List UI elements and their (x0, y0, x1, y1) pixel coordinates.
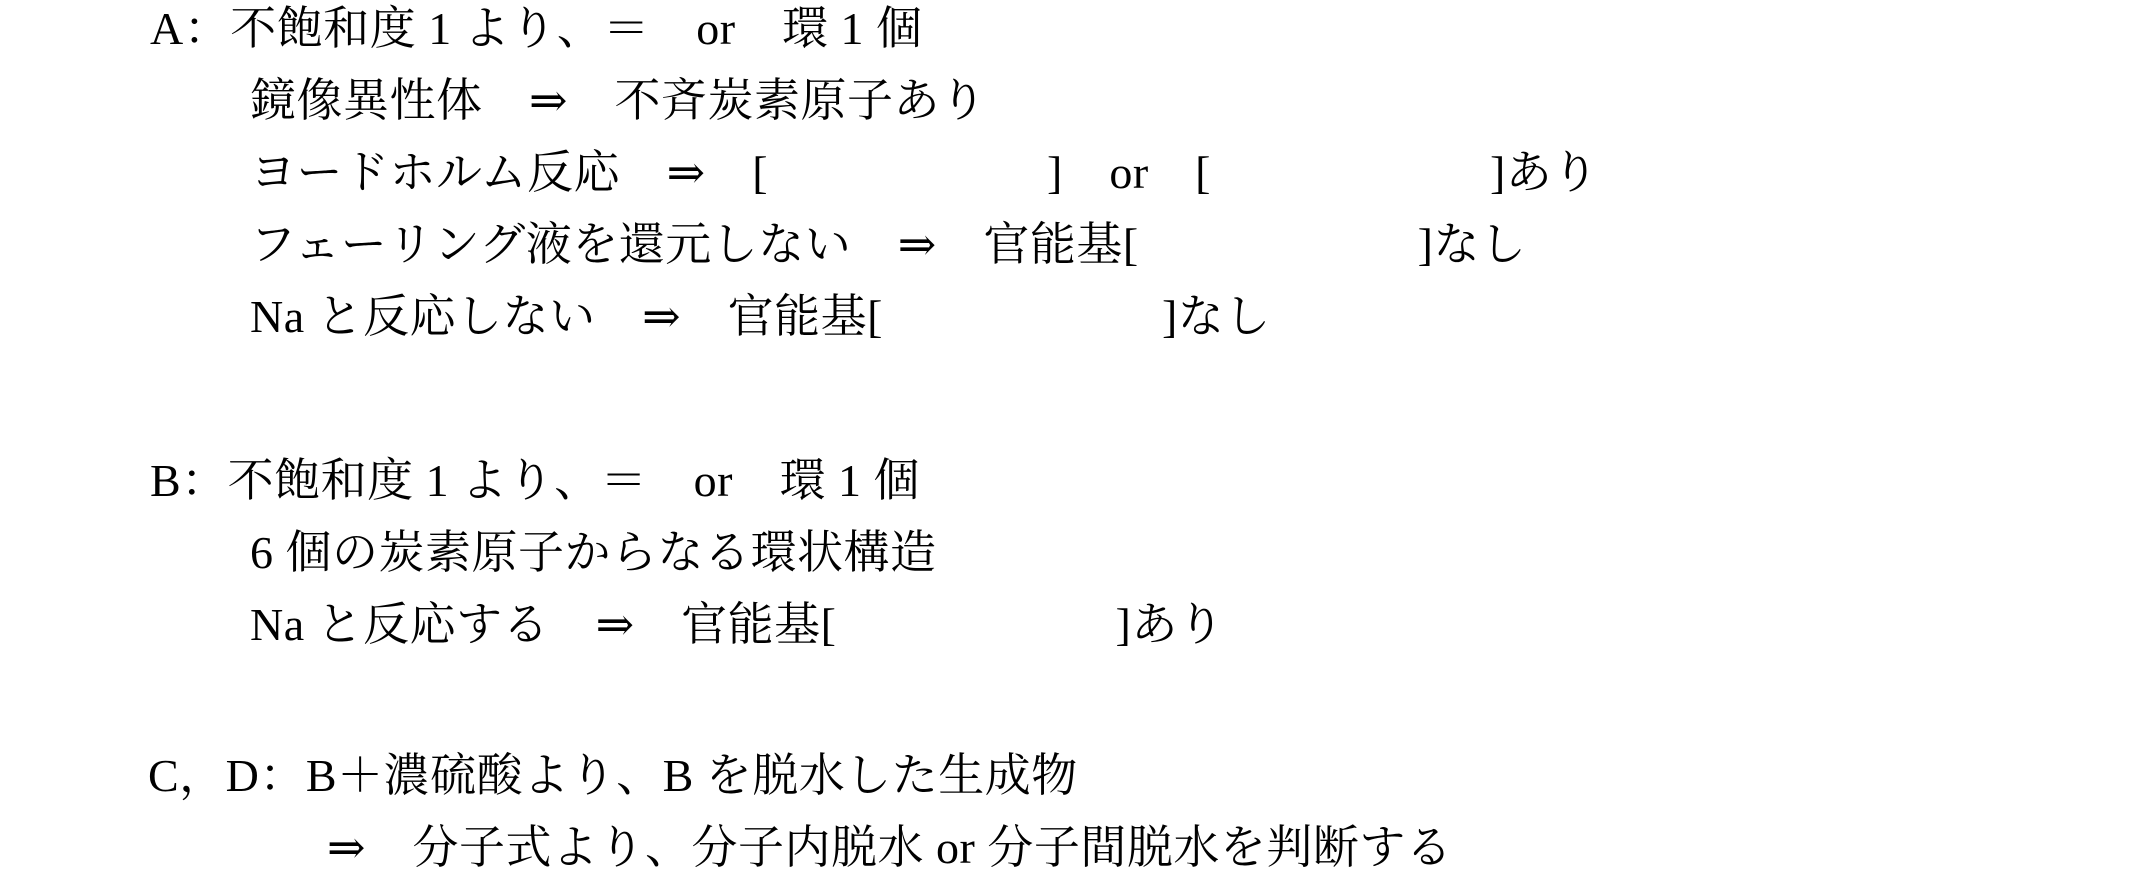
line-b-unsaturation: B：不飽和度 1 より、＝ or 環 1 個 (150, 456, 920, 507)
line-a-fehling-blank: フェーリング液を還元しない ⇒ 官能基[ ]なし (250, 220, 1526, 271)
line-cd-judgment: ⇒ 分子式より、分子内脱水 or 分子間脱水を判断する (327, 823, 1452, 874)
line-a-iodoform-blanks: ヨードホルム反応 ⇒ [ ] or [ ]あり (250, 148, 1599, 199)
line-b-ring-structure: 6 個の炭素原子からなる環状構造 (250, 528, 937, 579)
line-b-na-reaction: Na と反応する ⇒ 官能基[ ]あり (250, 600, 1224, 651)
document-page: A：不飽和度 1 より、＝ or 環 1 個 鏡像異性体 ⇒ 不斉炭素原子あり … (0, 0, 2147, 889)
line-a-enantiomer: 鏡像異性体 ⇒ 不斉炭素原子あり (250, 76, 987, 127)
line-a-na-no-reaction: Na と反応しない ⇒ 官能基[ ]なし (250, 292, 1271, 343)
line-cd-dehydration: C，D：B＋濃硫酸より、B を脱水した生成物 (148, 751, 1078, 802)
line-a-unsaturation: A：不飽和度 1 より、＝ or 環 1 個 (150, 4, 923, 55)
